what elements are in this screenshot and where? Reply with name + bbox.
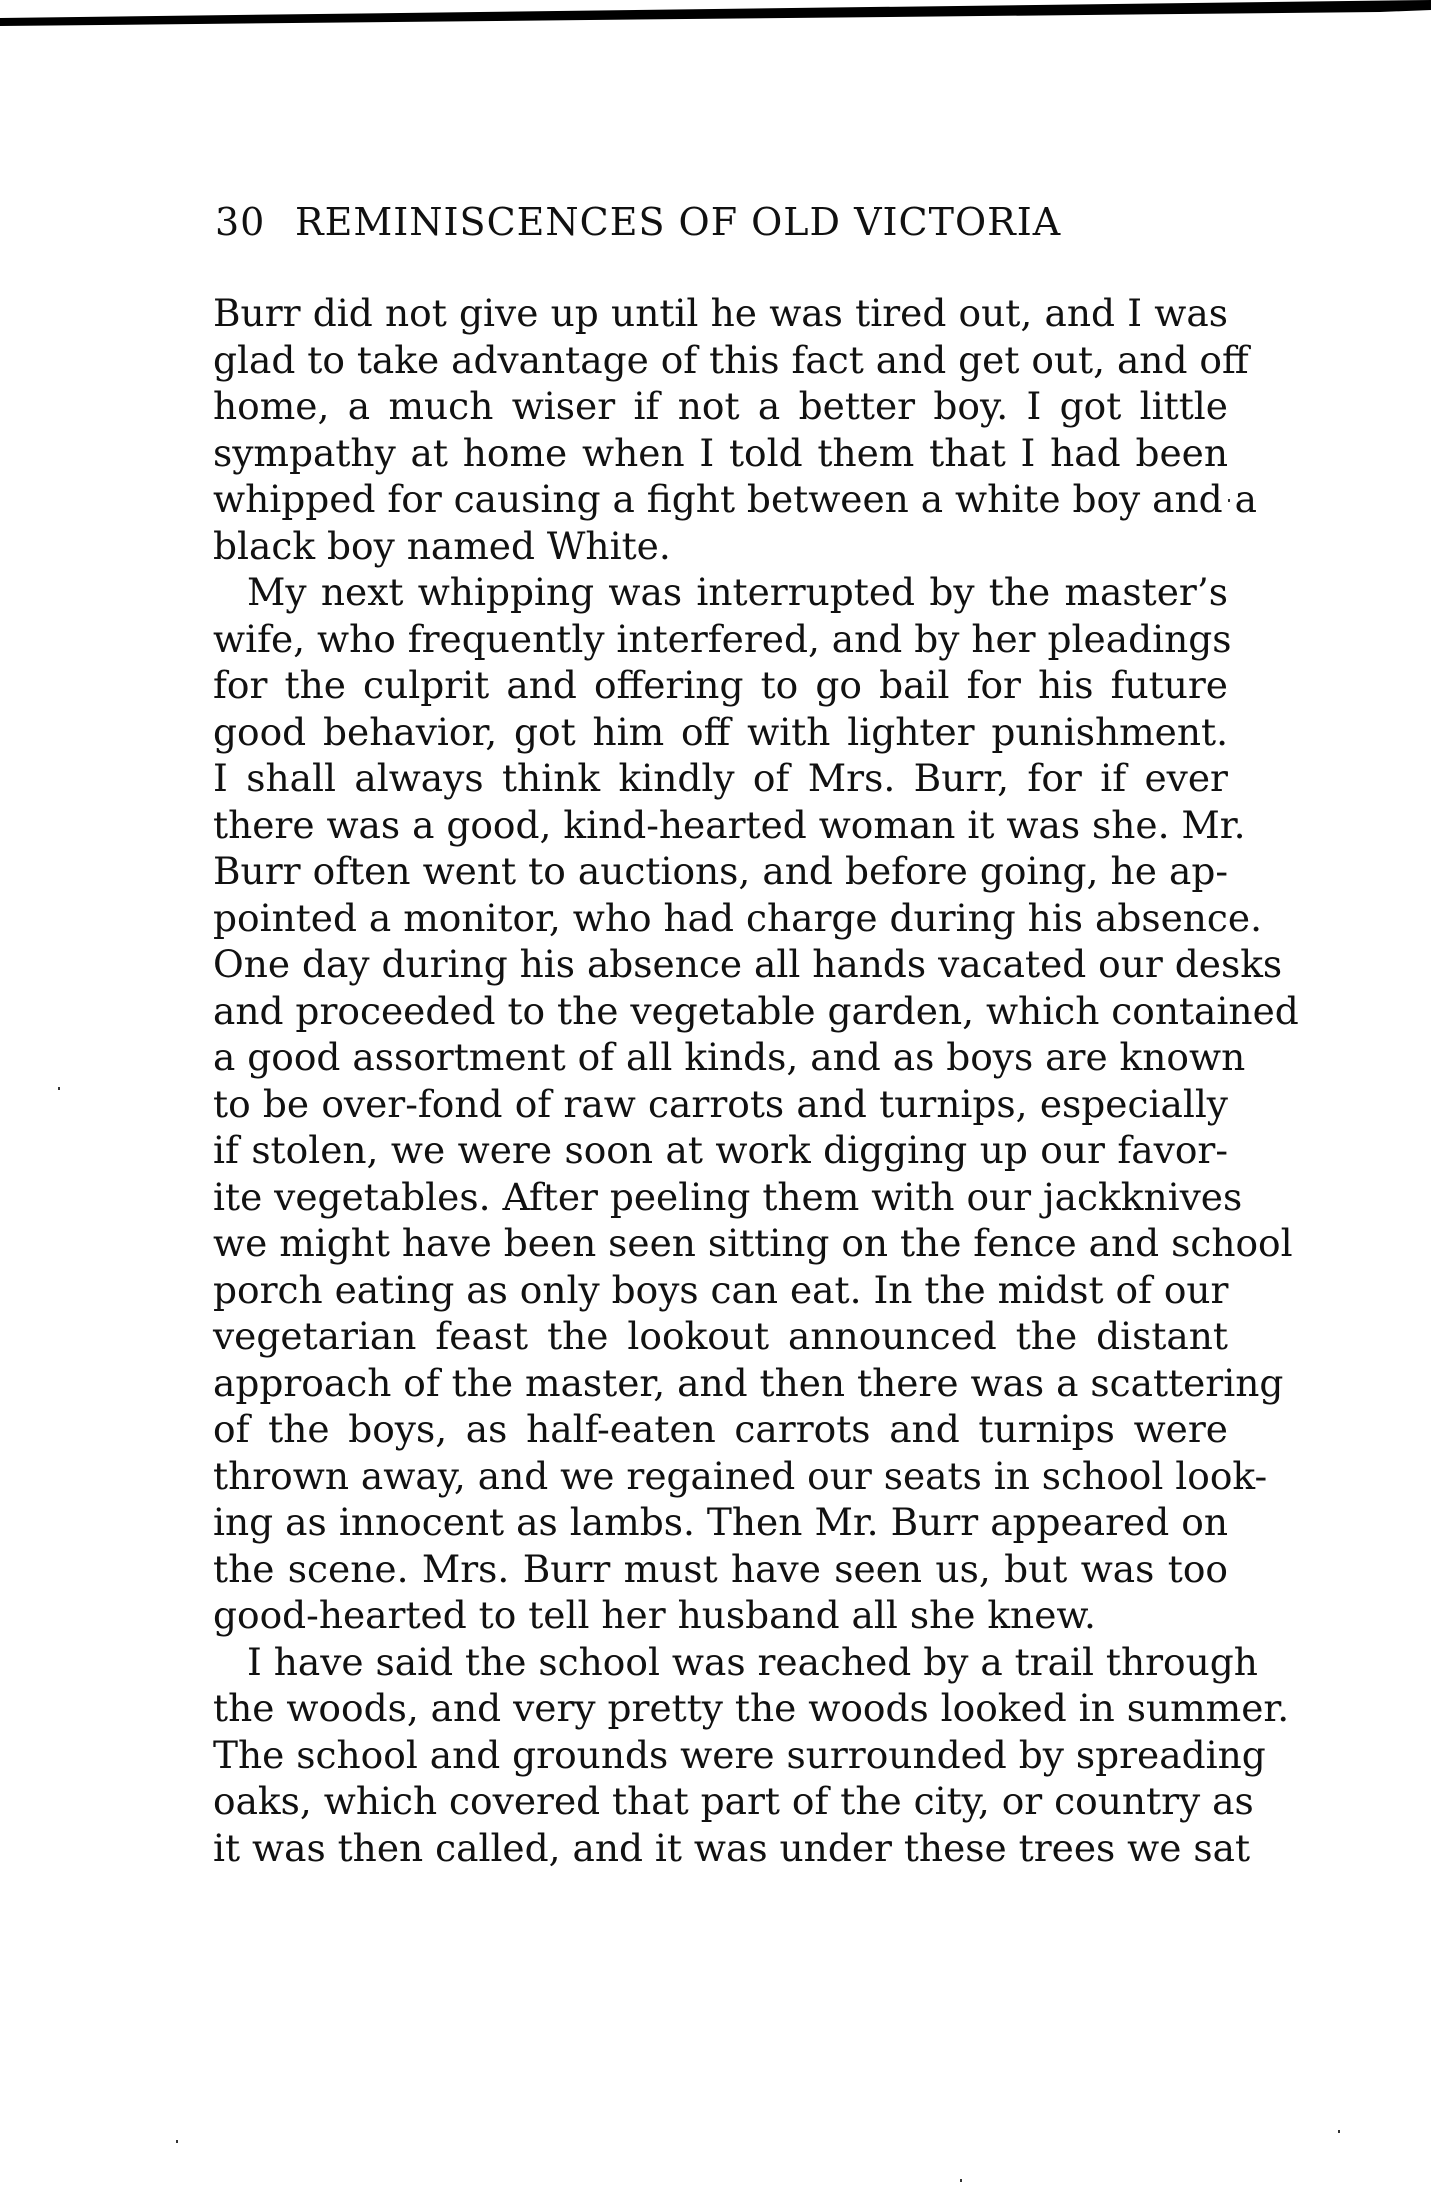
text-line: the woods, and very pretty the woods loo… [213, 1685, 1228, 1732]
text-line: home, a much wiser if not a better boy. … [213, 383, 1228, 430]
text-line: a good assortment of all kinds, and as b… [213, 1034, 1228, 1081]
scan-edge-shadow [0, 0, 1431, 30]
running-header: 30REMINISCENCES OF OLD VICTORIA [215, 200, 1235, 250]
text-line: oaks, which covered that part of the cit… [213, 1778, 1228, 1825]
text-line: porch eating as only boys can eat. In th… [213, 1267, 1228, 1314]
text-line: if stolen, we were soon at work digging … [213, 1127, 1228, 1174]
page-number: 30 [215, 200, 295, 244]
text-line: to be over-fond of raw carrots and turni… [213, 1081, 1228, 1128]
text-line: thrown away, and we regained our seats i… [213, 1453, 1228, 1500]
body-text: Burr did not give up until he was tired … [213, 290, 1228, 1871]
text-line: good behavior, got him off with lighter … [213, 709, 1228, 756]
paragraph-2: My next whipping was interrupted by the … [213, 569, 1228, 1639]
running-head-title: REMINISCENCES OF OLD VICTORIA [295, 200, 1061, 244]
text-line: pointed a monitor, who had charge during… [213, 895, 1228, 942]
text-line: vegetarian feast the lookout announced t… [213, 1313, 1228, 1360]
text-line: approach of the master, and then there w… [213, 1360, 1228, 1407]
text-line: there was a good, kind-hearted woman it … [213, 802, 1228, 849]
scan-speck [1228, 499, 1230, 502]
text-line: sympathy at home when I told them that I… [213, 430, 1228, 477]
text-line: wife, who frequently interfered, and by … [213, 616, 1228, 663]
text-line: it was then called, and it was under the… [213, 1825, 1228, 1872]
text-line: for the culprit and offering to go bail … [213, 662, 1228, 709]
text-line: ite vegetables. After peeling them with … [213, 1174, 1228, 1221]
text-line: whipped for causing a fight between a wh… [213, 476, 1228, 523]
text-line: black boy named White. [213, 523, 1228, 570]
text-line: The school and grounds were surrounded b… [213, 1732, 1228, 1779]
text-line: I have said the school was reached by a … [213, 1639, 1228, 1686]
scan-speck [960, 2179, 962, 2182]
text-line: One day during his absence all hands vac… [213, 941, 1228, 988]
paragraph-1: Burr did not give up until he was tired … [213, 290, 1228, 569]
text-line: good-hearted to tell her husband all she… [213, 1592, 1228, 1639]
scan-speck [1338, 2130, 1340, 2133]
text-line: I shall always think kindly of Mrs. Burr… [213, 755, 1228, 802]
scan-speck [58, 1087, 60, 1090]
text-line: we might have been seen sitting on the f… [213, 1220, 1228, 1267]
scan-speck [176, 2140, 178, 2143]
text-line: Burr often went to auctions, and before … [213, 848, 1228, 895]
text-line: of the boys, as half-eaten carrots and t… [213, 1406, 1228, 1453]
text-line: the scene. Mrs. Burr must have seen us, … [213, 1546, 1228, 1593]
text-line: and proceeded to the vegetable garden, w… [213, 988, 1228, 1035]
text-line: glad to take advantage of this fact and … [213, 337, 1228, 384]
text-line: My next whipping was interrupted by the … [213, 569, 1228, 616]
text-line: Burr did not give up until he was tired … [213, 290, 1228, 337]
paragraph-3: I have said the school was reached by a … [213, 1639, 1228, 1872]
text-line: ing as innocent as lambs. Then Mr. Burr … [213, 1499, 1228, 1546]
